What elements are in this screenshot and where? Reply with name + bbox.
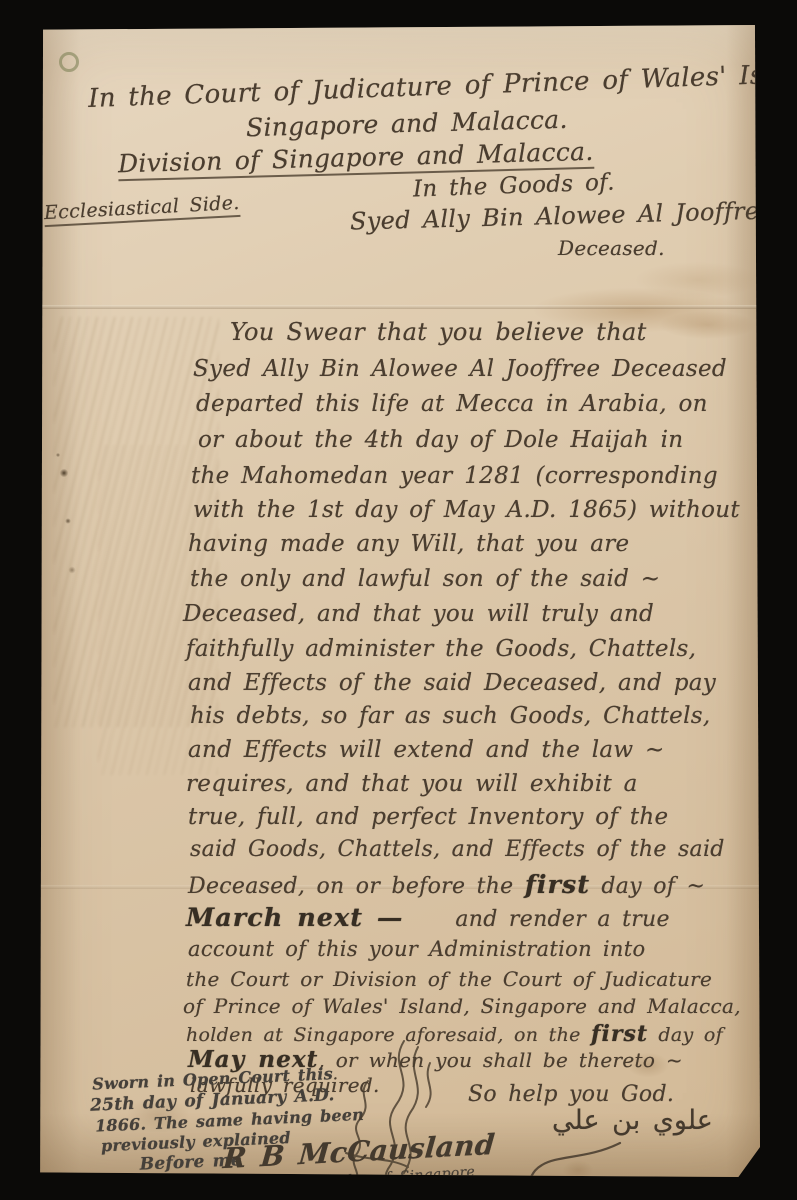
- oath-line: March next —and render a true: [186, 903, 670, 933]
- inked-fill-first: first: [591, 1021, 648, 1047]
- oath-line: his debts, so far as such Goods, Chattel…: [190, 703, 710, 729]
- oath-line-post: day of ~: [590, 874, 705, 899]
- ink-scribble: [338, 1033, 478, 1200]
- oath-line: true, full, and perfect Inventory of the: [188, 804, 668, 830]
- oath-line: said Goods, Chattels, and Effects of the…: [190, 837, 725, 862]
- scanned-document-photo: { "colors": { "background": "#0b0a08", "…: [0, 0, 797, 1200]
- oath-line: or about the 4th day of Dole Haijah in: [198, 427, 683, 453]
- oath-line: the Mahomedan year 1281 (corresponding: [191, 463, 718, 489]
- oath-line-post: day of: [648, 1024, 723, 1046]
- oath-line: with the 1st day of May A.D. 1865) witho…: [193, 497, 740, 523]
- fold-crease: [38, 305, 760, 309]
- oath-line: the only and lawful son of the said ~: [190, 566, 660, 592]
- deceased-label: Deceased.: [558, 236, 665, 260]
- oath-line: requires, and that you will exhibit a: [186, 771, 638, 797]
- court-title-line2: Singapore and Malacca.: [246, 105, 568, 142]
- deponent-arabic-signature: علوي بن علي: [552, 1105, 713, 1136]
- oath-line-post: and render a true: [455, 907, 669, 932]
- so-help-you-god-line: So help you God.: [468, 1082, 674, 1107]
- court-title-line1: In the Court of Judicature of Prince of …: [88, 58, 797, 114]
- inked-fill-first: first: [525, 870, 590, 900]
- ecclesiastical-side-label: Ecclesiastical Side.: [43, 192, 240, 227]
- hole-punch-mark: [59, 52, 79, 72]
- oath-line: You Swear that you believe that: [230, 318, 647, 346]
- document-paper: In the Court of Judicature of Prince of …: [38, 25, 760, 1177]
- inked-fill-march-next: March next —: [186, 903, 403, 933]
- oath-line: and Effects will extend and the law ~: [188, 737, 665, 763]
- oath-line: account of this your Administration into: [188, 937, 645, 961]
- oath-line: the Court or Division of the Court of Ju…: [186, 967, 712, 991]
- in-the-goods-of-label: In the Goods of.: [413, 169, 616, 202]
- oath-line: Deceased, and that you will truly and: [183, 601, 654, 627]
- signature-flourish: [508, 1137, 628, 1187]
- oath-line: of Prince of Wales' Island, Singapore an…: [183, 994, 741, 1018]
- oath-line: faithfully administer the Goods, Chattel…: [186, 636, 696, 662]
- oath-line: Syed Ally Bin Alowee Al Jooffree Decease…: [193, 356, 727, 382]
- oath-line: Deceased, on or before the first day of …: [188, 870, 705, 900]
- oath-line-pre: Deceased, on or before the: [188, 874, 525, 899]
- oath-line: and Effects of the said Deceased, and pa…: [188, 670, 716, 696]
- oath-line: departed this life at Mecca in Arabia, o…: [196, 391, 708, 417]
- oath-line: having made any Will, that you are: [188, 531, 629, 557]
